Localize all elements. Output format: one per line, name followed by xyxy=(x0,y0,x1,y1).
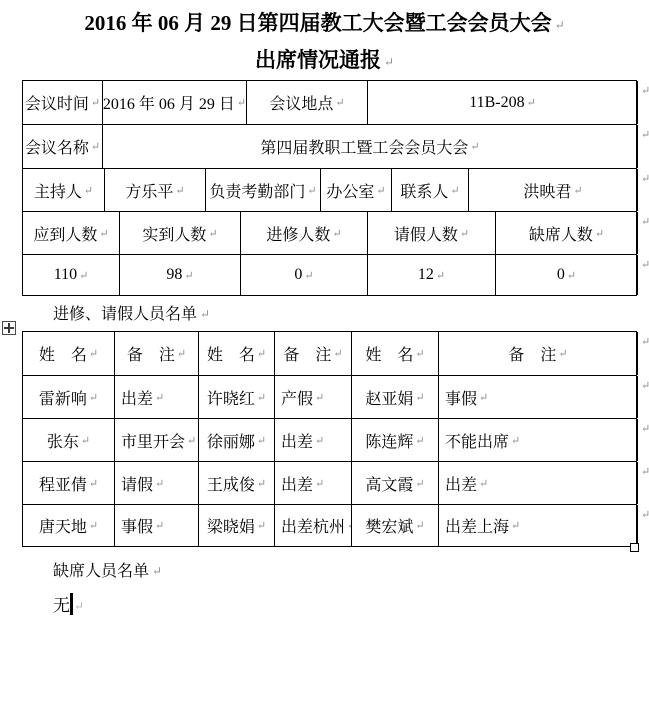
table-row: 雷新响↵出差↵许晓红↵产假↵赵亚娟↵事假↵↵ xyxy=(23,376,636,419)
meeting-info-table: 会议时间↵2016 年 06 月 29 日↵会议地点↵11B-208↵↵会议名称… xyxy=(22,80,637,296)
end-of-cell-mark: ↵ xyxy=(460,227,469,240)
cell-text: 办公室 xyxy=(326,179,374,202)
end-of-cell-mark: ↵ xyxy=(307,184,316,197)
end-of-row-mark: ↵ xyxy=(641,337,649,348)
table-cell[interactable]: 联系人↵ xyxy=(392,169,469,211)
table-cell[interactable]: 出差↵ xyxy=(439,462,638,504)
paragraph-end-mark: ↵ xyxy=(200,307,210,321)
table-cell[interactable]: 市里开会↵ xyxy=(115,419,199,461)
cell-text: 备 注 xyxy=(127,342,175,365)
end-of-row-mark: ↵ xyxy=(641,217,649,228)
cell-text: 第四届教职工暨工会会员大会 xyxy=(260,135,468,158)
table-cell[interactable]: 98↵ xyxy=(120,255,241,295)
cell-text: 出差 xyxy=(121,386,153,409)
table-cell[interactable]: 出差↵ xyxy=(275,419,352,461)
end-of-cell-mark: ↵ xyxy=(79,269,88,282)
end-of-cell-mark: ↵ xyxy=(155,391,164,404)
doc-title-line2[interactable]: 出席情况通报↵ xyxy=(0,47,649,75)
end-of-cell-mark: ↵ xyxy=(415,391,424,404)
cell-text: 市里开会 xyxy=(121,429,185,452)
end-of-row-mark: ↵ xyxy=(641,260,649,271)
table-cell[interactable]: 请假人数↵ xyxy=(368,212,496,254)
table-cell[interactable]: 张东↵ xyxy=(23,419,115,461)
cell-text: 雷新响 xyxy=(39,386,87,409)
table-cell[interactable]: 办公室↵ xyxy=(321,169,392,211)
end-of-cell-mark: ↵ xyxy=(315,391,324,404)
table-cell[interactable]: 樊宏斌↵ xyxy=(352,505,439,546)
text-cursor xyxy=(70,593,73,615)
end-of-row-mark: ↵ xyxy=(641,467,649,478)
end-of-cell-mark: ↵ xyxy=(595,227,604,240)
end-of-cell-mark: ↵ xyxy=(527,96,536,109)
end-of-cell-mark: ↵ xyxy=(415,519,424,532)
end-of-cell-mark: ↵ xyxy=(511,434,520,447)
table-move-handle-icon[interactable] xyxy=(2,321,16,335)
end-of-cell-mark: ↵ xyxy=(99,227,108,240)
table-row: 姓 名↵备 注↵姓 名↵备 注↵姓 名↵备 注↵↵ xyxy=(23,332,636,376)
table-cell[interactable]: 高文霞↵ xyxy=(352,462,439,504)
cell-text: 出差 xyxy=(281,472,313,495)
cell-text: 会议名称 xyxy=(25,135,89,158)
end-of-cell-mark: ↵ xyxy=(155,519,164,532)
table-cell[interactable]: 12↵ xyxy=(368,255,496,295)
cell-text: 赵亚娟 xyxy=(365,386,413,409)
cell-text: 98 xyxy=(166,266,182,284)
end-of-cell-mark: ↵ xyxy=(415,347,424,360)
table-cell[interactable]: 出差↵ xyxy=(275,462,352,504)
table-cell[interactable]: 姓 名↵ xyxy=(352,332,439,375)
end-of-cell-mark: ↵ xyxy=(257,391,266,404)
absent-heading[interactable]: 缺席人员名单↵ xyxy=(53,558,162,581)
end-of-cell-mark: ↵ xyxy=(89,347,98,360)
end-of-row-mark: ↵ xyxy=(641,424,649,435)
end-of-cell-mark: ↵ xyxy=(470,140,479,153)
cell-text: 应到人数 xyxy=(33,222,97,245)
end-of-cell-mark: ↵ xyxy=(89,519,98,532)
cell-text: 0 xyxy=(294,266,302,284)
cell-text: 程亚倩 xyxy=(39,472,87,495)
cell-text: 出差 xyxy=(445,472,477,495)
table-cell[interactable]: 会议名称↵ xyxy=(23,125,103,168)
end-of-cell-mark: ↵ xyxy=(237,96,246,109)
table-cell[interactable]: 出差↵ xyxy=(115,376,199,418)
end-of-cell-mark: ↵ xyxy=(91,96,100,109)
cell-text: 联系人 xyxy=(400,179,448,202)
cell-text: 事假 xyxy=(121,514,153,537)
end-of-cell-mark: ↵ xyxy=(257,434,266,447)
absent-value-paragraph[interactable]: 无↵ xyxy=(53,591,84,616)
cell-text: 张东 xyxy=(47,429,79,452)
trainees-leave-table: 姓 名↵备 注↵姓 名↵备 注↵姓 名↵备 注↵↵雷新响↵出差↵许晓红↵产假↵赵… xyxy=(22,331,637,547)
table-cell[interactable]: 许晓红↵ xyxy=(199,376,275,418)
table-cell[interactable]: 不能出席↵ xyxy=(439,419,638,461)
end-of-cell-mark: ↵ xyxy=(257,519,266,532)
cell-text: 姓 名 xyxy=(207,342,255,365)
paragraph-end-mark: ↵ xyxy=(384,55,394,69)
absent-value-text: 无 xyxy=(53,596,70,615)
table-cell[interactable]: 产假↵ xyxy=(275,376,352,418)
table-cell[interactable]: 姓 名↵ xyxy=(199,332,275,375)
end-of-row-mark: ↵ xyxy=(641,381,649,392)
end-of-row-mark: ↵ xyxy=(641,174,649,185)
cell-text: 缺席人数 xyxy=(529,222,593,245)
table-cell[interactable]: 进修人数↵ xyxy=(241,212,368,254)
table-cell[interactable]: 会议时间↵ xyxy=(23,81,103,124)
table-cell[interactable]: 陈连辉↵ xyxy=(352,419,439,461)
table-cell[interactable]: 洪映君↵ xyxy=(469,169,638,211)
table-cell[interactable]: 应到人数↵ xyxy=(23,212,120,254)
cell-text: 王成俊 xyxy=(207,472,255,495)
table-row: 会议时间↵2016 年 06 月 29 日↵会议地点↵11B-208↵↵ xyxy=(23,81,636,125)
table-cell[interactable]: 0↵ xyxy=(241,255,368,295)
table-cell[interactable]: 2016 年 06 月 29 日↵ xyxy=(103,81,247,124)
end-of-cell-mark: ↵ xyxy=(567,269,576,282)
end-of-cell-mark: ↵ xyxy=(332,227,341,240)
table-cell[interactable]: 会议地点↵ xyxy=(247,81,368,124)
cell-text: 负责考勤部门 xyxy=(209,179,305,202)
end-of-cell-mark: ↵ xyxy=(315,477,324,490)
end-of-cell-mark: ↵ xyxy=(187,434,196,447)
table-row: 110↵98↵0↵12↵0↵↵ xyxy=(23,255,636,295)
cell-text: 出差 xyxy=(281,429,313,452)
paragraph-end-mark: ↵ xyxy=(555,18,565,32)
end-of-cell-mark: ↵ xyxy=(304,269,313,282)
table-row: 应到人数↵实到人数↵进修人数↵请假人数↵缺席人数↵↵ xyxy=(23,212,636,255)
table-cell[interactable]: 备 注↵ xyxy=(275,332,352,375)
cell-text: 姓 名 xyxy=(39,342,87,365)
table-cell[interactable]: 王成俊↵ xyxy=(199,462,275,504)
end-of-row-mark: ↵ xyxy=(641,130,649,141)
end-of-cell-mark: ↵ xyxy=(479,391,488,404)
cell-text: 姓 名 xyxy=(365,342,413,365)
cell-text: 徐丽娜 xyxy=(207,429,255,452)
cell-text: 进修人数 xyxy=(266,222,330,245)
table-cell[interactable]: 出差杭州↵ xyxy=(275,505,352,546)
table-row: 主持人↵方乐平↵负责考勤部门↵办公室↵联系人↵洪映君↵↵ xyxy=(23,169,636,212)
end-of-cell-mark: ↵ xyxy=(511,519,520,532)
table-cell[interactable]: 事假↵ xyxy=(439,376,638,418)
cell-text: 会议地点 xyxy=(269,91,333,114)
cell-text: 备 注 xyxy=(283,342,331,365)
end-of-cell-mark: ↵ xyxy=(177,347,186,360)
cell-text: 产假 xyxy=(281,386,313,409)
end-of-cell-mark: ↵ xyxy=(91,140,100,153)
end-of-cell-mark: ↵ xyxy=(450,184,459,197)
end-of-cell-mark: ↵ xyxy=(84,184,93,197)
table-cell[interactable]: 唐天地↵ xyxy=(23,505,115,546)
doc-title-line2-text: 出席情况通报 xyxy=(255,48,381,72)
table-cell[interactable]: 实到人数↵ xyxy=(120,212,241,254)
table-resize-handle-icon[interactable] xyxy=(630,543,639,552)
table-cell[interactable]: 赵亚娟↵ xyxy=(352,376,439,418)
end-of-cell-mark: ↵ xyxy=(81,434,90,447)
cell-text: 事假 xyxy=(445,386,477,409)
table-cell[interactable]: 11B-208↵ xyxy=(368,81,638,124)
cell-text: 11B-208 xyxy=(469,94,524,112)
doc-title-line1-text: 2016 年 06 月 29 日第四届教工大会暨工会会员大会 xyxy=(84,11,551,35)
table-cell[interactable]: 备 注↵ xyxy=(115,332,199,375)
trainees-heading-text: 进修、请假人员名单 xyxy=(53,306,197,323)
table-row: 张东↵市里开会↵徐丽娜↵出差↵陈连辉↵不能出席↵↵ xyxy=(23,419,636,462)
cell-text: 请假 xyxy=(121,472,153,495)
end-of-cell-mark: ↵ xyxy=(376,184,385,197)
end-of-cell-mark: ↵ xyxy=(479,477,488,490)
table-cell[interactable]: 方乐平↵ xyxy=(105,169,206,211)
cell-text: 方乐平 xyxy=(125,179,173,202)
end-of-cell-mark: ↵ xyxy=(436,269,445,282)
end-of-cell-mark: ↵ xyxy=(155,477,164,490)
table-row: 会议名称↵第四届教职工暨工会会员大会↵↵ xyxy=(23,125,636,169)
absent-heading-text: 缺席人员名单 xyxy=(53,563,149,580)
table-cell[interactable]: 负责考勤部门↵ xyxy=(206,169,321,211)
table-cell[interactable]: 备 注↵ xyxy=(439,332,638,375)
table-cell[interactable]: 徐丽娜↵ xyxy=(199,419,275,461)
end-of-cell-mark: ↵ xyxy=(573,184,582,197)
end-of-cell-mark: ↵ xyxy=(415,434,424,447)
cell-text: 樊宏斌 xyxy=(365,514,413,537)
table-cell[interactable]: 出差上海↵ xyxy=(439,505,638,546)
cell-text: 出差杭州 xyxy=(281,514,345,537)
table-cell[interactable]: 0↵ xyxy=(496,255,638,295)
table-row: 唐天地↵事假↵梁晓娟↵出差杭州↵樊宏斌↵出差上海↵↵ xyxy=(23,505,636,546)
cell-text: 备 注 xyxy=(508,342,556,365)
cell-text: 主持人 xyxy=(34,179,82,202)
cell-text: 12 xyxy=(418,266,434,284)
end-of-cell-mark: ↵ xyxy=(315,434,324,447)
end-of-cell-mark: ↵ xyxy=(257,477,266,490)
paragraph-end-mark: ↵ xyxy=(152,564,162,578)
end-of-cell-mark: ↵ xyxy=(184,269,193,282)
end-of-row-mark: ↵ xyxy=(641,86,649,97)
table-cell[interactable]: 事假↵ xyxy=(115,505,199,546)
cell-text: 2016 年 06 月 29 日 xyxy=(103,91,235,114)
table-cell[interactable]: 梁晓娟↵ xyxy=(199,505,275,546)
table-cell[interactable]: 缺席人数↵ xyxy=(496,212,638,254)
cell-text: 出差上海 xyxy=(445,514,509,537)
table-row: 程亚倩↵请假↵王成俊↵出差↵高文霞↵出差↵↵ xyxy=(23,462,636,505)
end-of-cell-mark: ↵ xyxy=(335,96,344,109)
cell-text: 洪映君 xyxy=(523,179,571,202)
cell-text: 实到人数 xyxy=(142,222,206,245)
table-cell[interactable]: 请假↵ xyxy=(115,462,199,504)
cell-text: 请假人数 xyxy=(394,222,458,245)
end-of-cell-mark: ↵ xyxy=(415,477,424,490)
cell-text: 不能出席 xyxy=(445,429,509,452)
cell-text: 陈连辉 xyxy=(365,429,413,452)
doc-title-line1[interactable]: 2016 年 06 月 29 日第四届教工大会暨工会会员大会↵ xyxy=(0,10,649,38)
end-of-cell-mark: ↵ xyxy=(257,347,266,360)
cell-text: 梁晓娟 xyxy=(207,514,255,537)
table-cell[interactable]: 程亚倩↵ xyxy=(23,462,115,504)
table-cell[interactable]: 主持人↵ xyxy=(23,169,105,211)
end-of-row-mark: ↵ xyxy=(641,510,649,521)
end-of-cell-mark: ↵ xyxy=(208,227,217,240)
end-of-cell-mark: ↵ xyxy=(89,477,98,490)
paragraph-end-mark: ↵ xyxy=(74,599,84,613)
cell-text: 许晓红 xyxy=(207,386,255,409)
cell-text: 高文霞 xyxy=(365,472,413,495)
table-cell[interactable]: 第四届教职工暨工会会员大会↵ xyxy=(103,125,638,168)
table-cell[interactable]: 雷新响↵ xyxy=(23,376,115,418)
cell-text: 会议时间 xyxy=(25,91,89,114)
end-of-cell-mark: ↵ xyxy=(333,347,342,360)
end-of-cell-mark: ↵ xyxy=(89,391,98,404)
cell-text: 唐天地 xyxy=(39,514,87,537)
trainees-heading[interactable]: 进修、请假人员名单↵ xyxy=(53,301,210,324)
table-cell[interactable]: 姓 名↵ xyxy=(23,332,115,375)
cell-text: 0 xyxy=(557,266,565,284)
cell-text: 110 xyxy=(54,266,77,284)
end-of-cell-mark: ↵ xyxy=(558,347,567,360)
table-cell[interactable]: 110↵ xyxy=(23,255,120,295)
end-of-cell-mark: ↵ xyxy=(175,184,184,197)
